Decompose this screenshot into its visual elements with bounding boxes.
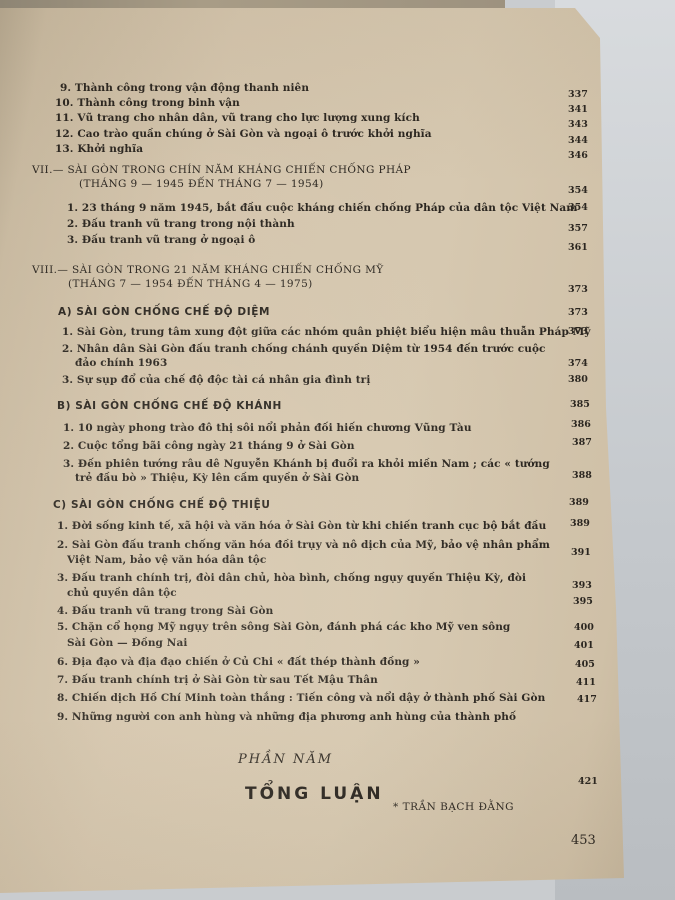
toc-entry: 2. Sài Gòn đấu tranh chống văn hóa đồi t… [57, 539, 550, 551]
toc-page-number: 344 [568, 135, 588, 146]
toc-page-number: 354 [568, 185, 588, 196]
toc-entry: 1. Đời sống kinh tế, xã hội và văn hóa ở… [57, 520, 546, 532]
toc-page-number: 361 [568, 242, 588, 253]
toc-page-number: 395 [573, 596, 593, 607]
toc-page-number: 357 [568, 223, 588, 234]
toc-page-number: 391 [571, 547, 591, 558]
toc-entry: 2. Cuộc tổng bãi công ngày 21 tháng 9 ở … [63, 440, 355, 452]
asterisk-marker: * [393, 801, 399, 813]
toc-entry: 4. Đấu tranh vũ trang trong Sài Gòn [57, 605, 273, 617]
toc-entry: 10. Thành công trong binh vận [55, 97, 240, 109]
toc-entry: 5. Chặn cổ họng Mỹ ngụy trên sông Sài Gò… [57, 621, 510, 633]
author-line: * TRẦN BẠCH ĐẰNG [393, 801, 514, 813]
toc-entry: 9. Những người con anh hùng và những địa… [57, 711, 516, 723]
toc-entry: 8. Chiến dịch Hồ Chí Minh toàn thắng : T… [57, 692, 545, 704]
toc-page-number: 380 [568, 374, 588, 385]
toc-entry: 7. Đấu tranh chính trị ở Sài Gòn từ sau … [57, 674, 378, 686]
toc-entry: 6. Địa đạo và địa đạo chiến ở Củ Chi « đ… [57, 656, 420, 668]
chapter-title: VII.— SÀI GÒN TRONG CHÍN NĂM KHÁNG CHIẾN… [32, 164, 411, 176]
toc-entry: 3. Đấu tranh chính trị, đòi dân chủ, hòa… [57, 572, 526, 584]
section-title: C) SÀI GÒN CHỐNG CHẾ ĐỘ THIỆU [53, 499, 271, 511]
toc-entry: 12. Cao trào quần chúng ở Sài Gòn và ngo… [55, 128, 432, 140]
toc-page-number: 417 [577, 694, 597, 705]
toc-page-number: 393 [572, 580, 592, 591]
toc-page-number: 346 [568, 150, 588, 161]
toc-page-number: 401 [574, 640, 594, 651]
toc-entry: 3. Sự sụp đổ của chế độ độc tài cá nhân … [62, 374, 370, 386]
toc-entry-continuation: đảo chính 1963 [75, 357, 167, 369]
page-folio: 453 [571, 833, 596, 848]
toc-page-number: 337 [568, 89, 588, 100]
section-title: A) SÀI GÒN CHỐNG CHẾ ĐỘ DIỆM [58, 306, 270, 318]
toc-entry: 3. Đấu tranh vũ trang ở ngoại ô [67, 234, 255, 246]
toc-page-number: 343 [568, 119, 588, 130]
toc-page-number: 388 [572, 470, 592, 481]
toc-entry: 9. Thành công trong vận động thanh niên [60, 82, 309, 94]
toc-page-number: 405 [575, 659, 595, 670]
toc-entry-continuation: Sài Gòn — Đồng Nai [67, 637, 187, 649]
toc-entry: 1. Sài Gòn, trung tâm xung đột giữa các … [62, 326, 591, 338]
toc-page-number: 385 [570, 399, 590, 410]
chapter-subtitle: (THÁNG 9 — 1945 ĐẾN THÁNG 7 — 1954) [79, 178, 324, 190]
toc-entry-continuation: trẻ đầu bò » Thiệu, Kỳ lên cầm quyền ở S… [75, 472, 359, 484]
toc-entry-continuation: Việt Nam, bảo vệ văn hóa dân tộc [67, 554, 266, 566]
toc-entry: 2. Đấu tranh vũ trang trong nội thành [67, 218, 295, 230]
toc-page-number: 373 [568, 307, 588, 318]
toc-page-number: 387 [572, 437, 592, 448]
toc-page-number: 341 [568, 104, 588, 115]
section-title: B) SÀI GÒN CHỐNG CHẾ ĐỘ KHÁNH [57, 400, 282, 412]
toc-page-number: 386 [571, 419, 591, 430]
toc-entry-continuation: chủ quyền dân tộc [67, 587, 177, 599]
toc-page-number: 400 [574, 622, 594, 633]
toc-entry: 11. Vũ trang cho nhân dân, vũ trang cho … [55, 112, 420, 124]
toc-entry: 2. Nhân dân Sài Gòn đấu tranh chống chán… [62, 343, 546, 355]
toc-page-number: 421 [578, 776, 598, 787]
toc-entry: 13. Khởi nghĩa [55, 143, 143, 155]
chapter-subtitle: (THÁNG 7 — 1954 ĐẾN THÁNG 4 — 1975) [68, 278, 313, 290]
toc-page-number: 374 [568, 358, 588, 369]
toc-page-number: 389 [570, 518, 590, 529]
part-label: PHẦN NĂM [238, 752, 333, 767]
toc-page-number: 354 [568, 202, 588, 213]
toc-entry: 1. 10 ngày phong trào đô thị sôi nổi phả… [63, 422, 472, 434]
toc-entry: 1. 23 tháng 9 năm 1945, bắt đầu cuộc khá… [67, 202, 577, 214]
part-title: TỔNG LUẬN [245, 784, 384, 804]
toc-entry: 3. Đến phiên tướng râu dê Nguyễn Khánh b… [63, 458, 550, 470]
toc-page-number: 373 [568, 284, 588, 295]
author-name: TRẦN BẠCH ĐẰNG [403, 801, 514, 813]
toc-page-number: 411 [576, 677, 596, 688]
toc-page-number: 389 [569, 497, 589, 508]
toc-page-number: 373 [568, 326, 588, 337]
chapter-title: VIII.— SÀI GÒN TRONG 21 NĂM KHÁNG CHIẾN … [32, 264, 384, 276]
book-page: 9. Thành công trong vận động thanh niên … [0, 8, 640, 893]
